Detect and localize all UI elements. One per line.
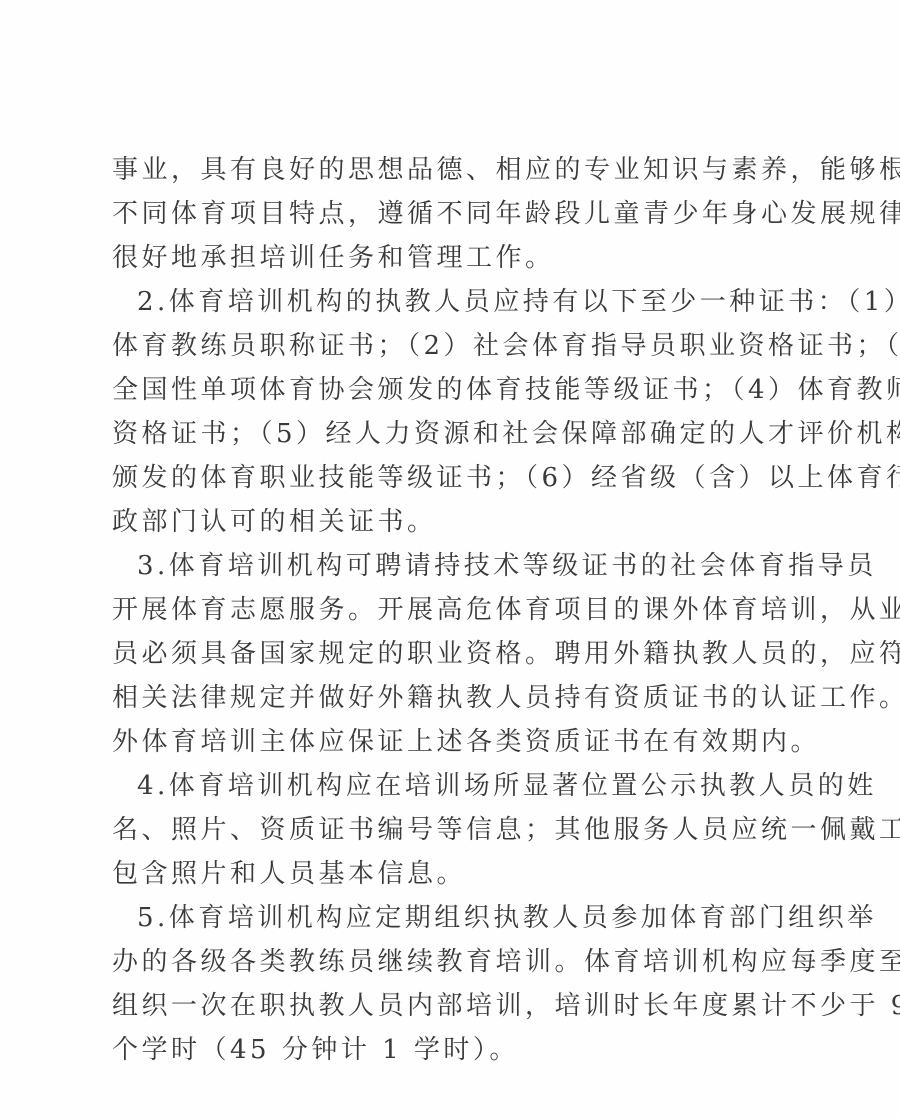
text-line: 3.体育培训机构可聘请持技术等级证书的社会体育指导员: [112, 544, 776, 588]
document-body: 事业，具有良好的思想品德、相应的专业知识与素养，能够根据 不同体育项目特点，遵循…: [112, 148, 776, 1072]
paragraph-4: 4.体育培训机构应在培训场所显著位置公示执教人员的姓 名、照片、资质证书编号等信…: [112, 764, 776, 896]
text-line: 外体育培训主体应保证上述各类资质证书在有效期内。: [112, 720, 776, 764]
text-line: 相关法律规定并做好外籍执教人员持有资质证书的认证工作。课: [112, 676, 776, 720]
text-line: 组织一次在职执教人员内部培训，培训时长年度累计不少于 90: [112, 984, 776, 1028]
text-line: 资格证书；（5）经人力资源和社会保障部确定的人才评价机构: [112, 412, 776, 456]
paragraph-3: 3.体育培训机构可聘请持技术等级证书的社会体育指导员 开展体育志愿服务。开展高危…: [112, 544, 776, 764]
paragraph-1-continuation: 事业，具有良好的思想品德、相应的专业知识与素养，能够根据 不同体育项目特点，遵循…: [112, 148, 776, 280]
text-line: 个学时（45 分钟计 1 学时）。: [112, 1028, 776, 1072]
text-line: 全国性单项体育协会颁发的体育技能等级证书；（4）体育教师: [112, 368, 776, 412]
text-line: 颁发的体育职业技能等级证书；（6）经省级（含）以上体育行: [112, 456, 776, 500]
text-line: 开展体育志愿服务。开展高危体育项目的课外体育培训，从业人: [112, 588, 776, 632]
paragraph-5: 5.体育培训机构应定期组织执教人员参加体育部门组织举 办的各级各类教练员继续教育…: [112, 896, 776, 1072]
text-line: 办的各级各类教练员继续教育培训。体育培训机构应每季度至少: [112, 940, 776, 984]
text-line: 不同体育项目特点，遵循不同年龄段儿童青少年身心发展规律，: [112, 192, 776, 236]
text-line: 2.体育培训机构的执教人员应持有以下至少一种证书：（1）: [112, 280, 776, 324]
text-line: 4.体育培训机构应在培训场所显著位置公示执教人员的姓: [112, 764, 776, 808]
text-line: 事业，具有良好的思想品德、相应的专业知识与素养，能够根据: [112, 148, 776, 192]
text-line: 包含照片和人员基本信息。: [112, 852, 776, 896]
text-line: 5.体育培训机构应定期组织执教人员参加体育部门组织举: [112, 896, 776, 940]
document-page: 事业，具有良好的思想品德、相应的专业知识与素养，能够根据 不同体育项目特点，遵循…: [0, 0, 900, 1118]
text-line: 名、照片、资质证书编号等信息；其他服务人员应统一佩戴工牌，: [112, 808, 776, 852]
text-line: 很好地承担培训任务和管理工作。: [112, 236, 776, 280]
text-line: 员必须具备国家规定的职业资格。聘用外籍执教人员的，应符合: [112, 632, 776, 676]
text-line: 体育教练员职称证书；（2）社会体育指导员职业资格证书；（3）: [112, 324, 776, 368]
paragraph-2: 2.体育培训机构的执教人员应持有以下至少一种证书：（1） 体育教练员职称证书；（…: [112, 280, 776, 544]
text-line: 政部门认可的相关证书。: [112, 500, 776, 544]
